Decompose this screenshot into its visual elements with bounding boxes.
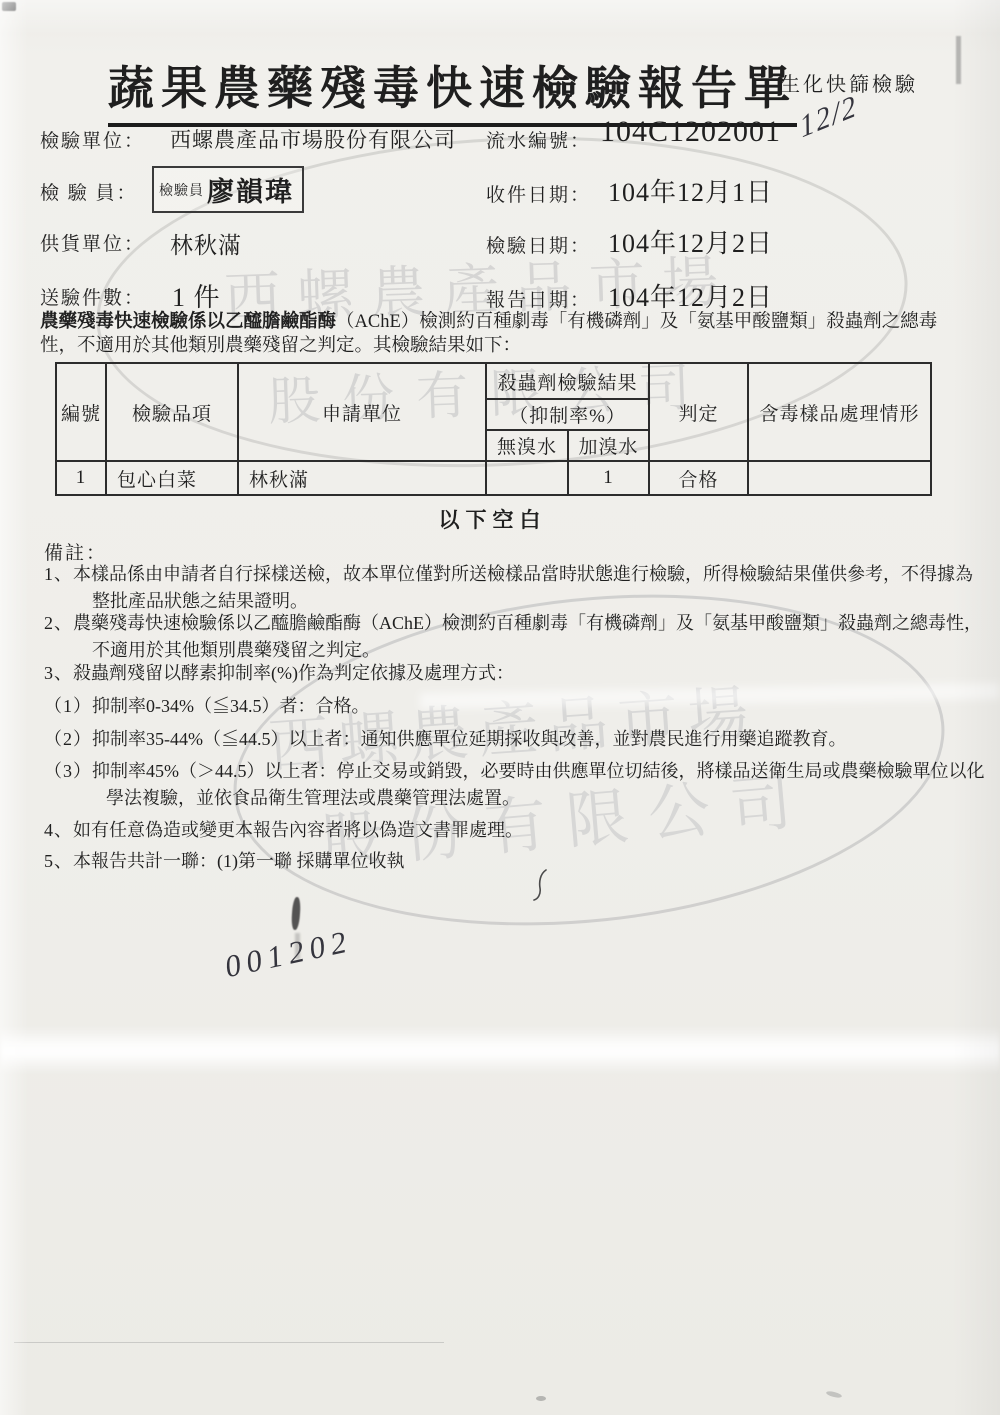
test-date-value: 104年12月2日 <box>608 223 773 260</box>
col-header-with-bromine: 加溴水 <box>568 430 649 461</box>
note-4-text: 如有任意偽造或變更本報告內容者將以偽造文書罪處理。 <box>73 820 523 840</box>
paper-speck <box>536 1396 546 1401</box>
note-3-sub-3: （3）抑制率45%（＞44.5）以上者：停止交易或銷毀，必要時由供應單位切結後，… <box>44 758 998 812</box>
col-header-judgment: 判定 <box>649 363 748 461</box>
note-1: 1、本樣品係由申請者自行採樣送檢，故本單位僅對所送檢樣品當時狀態進行檢驗，所得檢… <box>44 561 984 615</box>
note-4-num: 4、 <box>44 820 73 840</box>
supplier-value: 林秋滿 <box>170 227 242 260</box>
cell-with-bromine: 1 <box>568 461 649 495</box>
below-blank-marker: 以下空白 <box>55 504 930 534</box>
report-date-label: 報告日期： <box>486 285 591 312</box>
method-description-bold: 農藥殘毒快速檢驗係以乙醯膽鹼酯酶 <box>40 312 336 332</box>
scanned-report-page: 西螺農產品市場 股份有限公司 西螺農產品市場 股份有限公司 蔬果農藥殘毒快速檢驗… <box>0 0 1000 1415</box>
col-header-result-group: 殺蟲劑檢驗結果 <box>486 363 649 399</box>
inspector-label: 檢 驗 員： <box>40 178 138 205</box>
paper-crease-line <box>14 1342 444 1343</box>
note-1-text: 本樣品係由申請者自行採樣送檢，故本單位僅對所送檢樣品當時狀態進行檢驗，所得檢驗結… <box>73 564 973 611</box>
col-header-result-sub: （抑制率%） <box>486 399 649 430</box>
note-3-num: 3、 <box>44 663 73 683</box>
cell-item: 包心白菜 <box>106 461 238 495</box>
note-3-sub-1-text: 抑制率0-34%（≦34.5）者：合格。 <box>92 696 370 716</box>
inspection-unit-label: 檢驗單位： <box>40 126 145 153</box>
note-3-sub-2-text: 抑制率35-44%（≦44.5）以上者：通知供應單位延期採收與改善，並對農民進行… <box>92 729 846 749</box>
handwritten-lot-number: 001202 <box>222 923 356 985</box>
cell-judgment: 合格 <box>649 461 748 495</box>
note-3-sub-2-num: （2） <box>44 729 92 749</box>
note-5: 5、本報告共計一聯：(1)第一聯 採購單位收執 <box>44 848 984 875</box>
note-5-text: 本報告共計一聯：(1)第一聯 採購單位收執 <box>73 851 405 871</box>
serial-number-value: 104C1202001 <box>600 115 781 149</box>
supplier-label: 供貨單位： <box>40 229 145 256</box>
note-2: 2、農藥殘毒快速檢驗係以乙醯膽鹼酯酶（AChE）檢測約百種劇毒「有機磷劑」及「氨… <box>44 610 984 664</box>
cell-no: 1 <box>56 461 106 495</box>
col-header-applicant: 申請單位 <box>238 363 486 461</box>
note-3-text: 殺蟲劑殘留以酵素抑制率(%)作為判定依據及處理方式： <box>73 663 514 683</box>
receive-date-value: 104年12月1日 <box>608 172 773 209</box>
paper-fold-band <box>0 1026 1000 1074</box>
serial-number-label: 流水編號： <box>486 126 591 153</box>
inspection-unit-value: 西螺農產品市場股份有限公司 <box>170 124 456 154</box>
note-4: 4、如有任意偽造或變更本報告內容者將以偽造文書罪處理。 <box>44 817 984 844</box>
inspector-stamp-prefix: 檢驗員 <box>159 180 204 200</box>
cell-handling <box>748 461 931 495</box>
note-2-text: 農藥殘毒快速檢驗係以乙醯膽鹼酯酶（AChE）檢測約百種劇毒「有機磷劑」及「氨基甲… <box>73 613 982 660</box>
method-description: 農藥殘毒快速檢驗係以乙醯膽鹼酯酶（AChE）檢測約百種劇毒「有機磷劑」及「氨基甲… <box>40 311 938 358</box>
note-3-sub-1: （1）抑制率0-34%（≦34.5）者：合格。 <box>44 693 998 720</box>
inspector-stamp-name: 廖韻瑋 <box>207 170 294 209</box>
ink-smudge <box>291 897 301 930</box>
scan-corner-mark <box>2 2 16 11</box>
scan-edge-smudge <box>956 36 961 84</box>
receive-date-label: 收件日期： <box>486 180 591 207</box>
col-header-handling: 含毒樣品處理情形 <box>748 363 931 461</box>
cell-applicant: 林秋滿 <box>238 461 486 495</box>
note-3-sub-3-num: （3） <box>44 761 92 781</box>
sample-count-label: 送驗件數： <box>40 283 145 310</box>
cell-no-bromine <box>486 461 568 495</box>
results-table: 編號 檢驗品項 申請單位 殺蟲劑檢驗結果 判定 含毒樣品處理情形 （抑制率%） … <box>55 362 932 496</box>
inspector-stamp: 檢驗員 廖韻瑋 <box>152 166 304 213</box>
col-header-no: 編號 <box>56 363 106 461</box>
note-3: 3、殺蟲劑殘留以酵素抑制率(%)作為判定依據及處理方式： <box>44 660 984 687</box>
note-3-sub-1-num: （1） <box>44 696 92 716</box>
col-header-item: 檢驗品項 <box>106 363 238 461</box>
report-date-value: 104年12月2日 <box>608 277 773 314</box>
note-5-num: 5、 <box>44 851 73 871</box>
note-1-num: 1、 <box>44 564 73 584</box>
test-date-label: 檢驗日期： <box>486 231 591 258</box>
table-row: 1 包心白菜 林秋滿 1 合格 <box>56 461 931 495</box>
paper-speck <box>826 1390 843 1399</box>
note-3-sub-2: （2）抑制率35-44%（≦44.5）以上者：通知供應單位延期採收與改善，並對農… <box>44 726 998 753</box>
note-3-sub-3-text: 抑制率45%（＞44.5）以上者：停止交易或銷毀，必要時由供應單位切結後，將樣品… <box>92 761 985 808</box>
col-header-no-bromine: 無溴水 <box>486 430 568 461</box>
pen-squiggle <box>530 868 552 902</box>
note-2-num: 2、 <box>44 613 73 633</box>
sample-count-value: 1 件 <box>172 277 221 314</box>
